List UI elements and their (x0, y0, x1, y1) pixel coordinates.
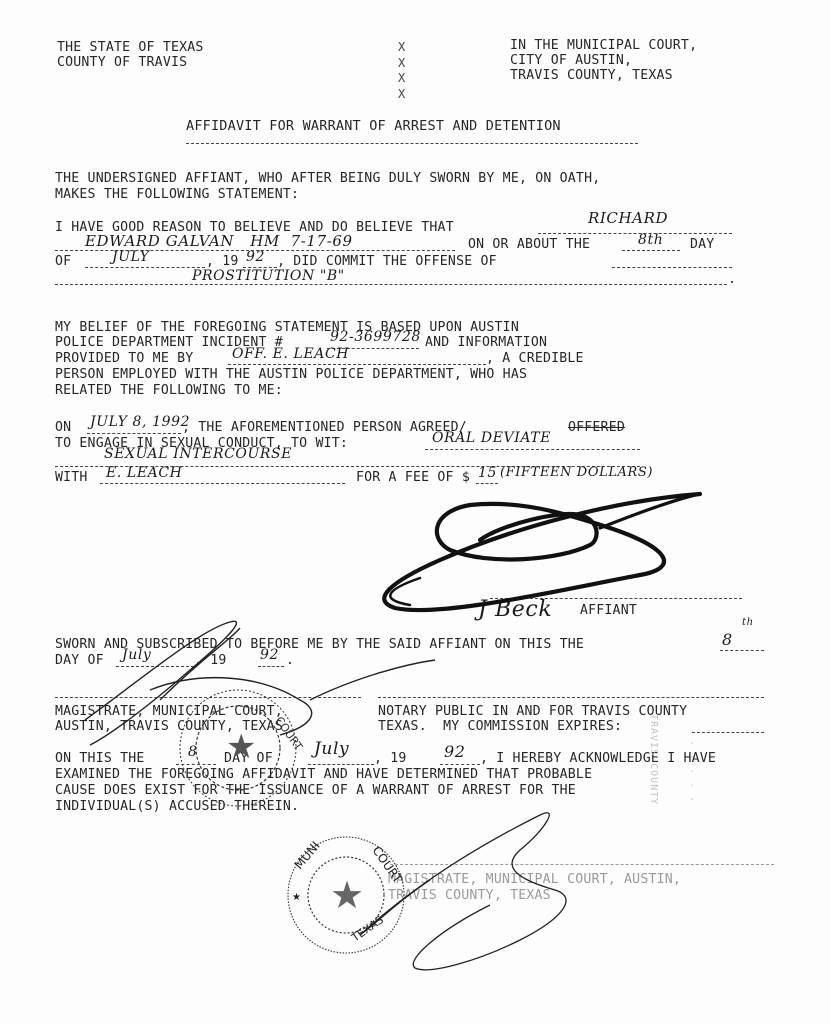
intro-line-1: THE UNDERSIGNED AFFIANT, WHO AFTER BEING… (55, 171, 600, 186)
conduct-type-2: SEXUAL INTERCOURSE (104, 446, 292, 462)
belief-line-3-prefix: PROVIDED TO ME BY (55, 351, 193, 366)
svg-text:★: ★ (292, 892, 301, 903)
sworn-year-prefix: , 19 (194, 653, 227, 668)
on-or-about-label: ON OR ABOUT THE (468, 237, 590, 252)
sworn-month-line (116, 666, 194, 667)
affiant-label: AFFIANT (580, 603, 637, 618)
header-separator-x: X (398, 87, 405, 101)
notary-line-1: NOTARY PUBLIC IN AND FOR TRAVIS COUNTY (378, 704, 687, 719)
notary-line-2: TEXAS. MY COMMISSION EXPIRES: (378, 719, 622, 734)
fee-line (476, 483, 498, 484)
sworn-month: July (122, 647, 151, 663)
document-title: AFFIDAVIT FOR WARRANT OF ARREST AND DETE… (186, 119, 561, 134)
sworn-year: 92 (260, 647, 279, 663)
pc-line-3: CAUSE DOES EXIST FOR THE ISSUANCE OF A W… (55, 783, 576, 798)
header-county: COUNTY OF TRAVIS (57, 55, 187, 70)
svg-text:★: ★ (330, 873, 364, 917)
commission-expires-line (692, 732, 764, 733)
with-label: WITH (55, 470, 88, 485)
fee-amount: 15 (478, 465, 497, 481)
affiant-signature-scrawl (384, 494, 700, 610)
sworn-line-2-prefix: DAY OF (55, 653, 104, 668)
affidavit-page: THE STATE OF TEXAS COUNTY OF TRAVIS X X … (0, 0, 831, 1024)
pc-year: 92 (444, 742, 466, 761)
signatures-and-seals: ★ COURT ★ MUNI COURT TEXAS ★ (0, 0, 831, 1024)
conduct-date: JULY 8, 1992 (90, 414, 190, 430)
final-magistrate-line-2: TRAVIS COUNTY, TEXAS (388, 888, 551, 903)
header-state: THE STATE OF TEXAS (57, 40, 204, 55)
faint-filing-stamp: · · · · · (686, 740, 697, 803)
pc-year-line (440, 764, 480, 765)
accused-name-rest: EDWARD GALVAN HM 7-17-69 (85, 232, 353, 250)
offense-year: 92 (246, 249, 265, 265)
notary-signature-line (378, 697, 764, 698)
svg-text:TEXAS: TEXAS (348, 913, 386, 945)
final-magistrate-line-1: MAGISTRATE, MUNICIPAL COURT, AUSTIN, (388, 872, 681, 887)
magistrate-signature-line (55, 697, 361, 698)
belief-line-5: RELATED THE FOLLOWING TO ME: (55, 383, 283, 398)
conduct-agreed-text: , THE AFOREMENTIONED PERSON AGREED/ (182, 420, 467, 435)
day-line (622, 250, 680, 251)
pc-prefix: ON THIS THE (55, 751, 145, 766)
sworn-day-suffix: th (742, 617, 754, 628)
day-label: DAY (690, 237, 714, 252)
pc-day: 8 (188, 744, 198, 760)
pc-day-label: DAY OF (224, 751, 273, 766)
intro-line-2: MAKES THE FOLLOWING STATEMENT: (55, 187, 299, 202)
conduct-line-a (425, 449, 640, 450)
offense-month: JULY (112, 249, 149, 265)
conduct-on-label: ON (55, 420, 71, 435)
informant-line (228, 364, 486, 365)
final-magistrate-line (390, 864, 774, 865)
sworn-day-line (720, 650, 764, 651)
pc-line-4: INDIVIDUAL(S) ACCUSED THEREIN. (55, 799, 299, 814)
month-line (85, 267, 205, 268)
conduct-type-1: ORAL DEVIATE (432, 430, 551, 446)
offense-line-2 (55, 284, 727, 285)
magistrate-line-1: MAGISTRATE, MUNICIPAL COURT, (55, 704, 283, 719)
header-city: CITY OF AUSTIN, (510, 53, 632, 68)
magistrate-line-2: AUSTIN, TRAVIS COUNTY, TEXAS (55, 719, 283, 734)
header-travis: TRAVIS COUNTY, TEXAS (510, 68, 673, 83)
header-separator-x: X (398, 56, 405, 70)
faint-filing-stamp: TRAVIS COUNTY (648, 714, 659, 805)
pc-month: July (314, 739, 349, 759)
pc-day-line (176, 764, 216, 765)
conduct-date-line (87, 433, 181, 434)
belief-line-3-suffix: , A CREDIBLE (486, 351, 584, 366)
fee-label: FOR A FEE OF $ (356, 470, 470, 485)
pc-year-prefix: , 19 (374, 751, 407, 766)
sworn-day: 8 (722, 630, 733, 649)
commit-text: , DID COMMIT THE OFFENSE OF (277, 254, 497, 269)
incident-number: 92-3699728 (330, 329, 421, 345)
header-separator-x: X (398, 40, 405, 54)
with-person: E. LEACH (106, 465, 182, 481)
belief-line-4: PERSON EMPLOYED WITH THE AUSTIN POLICE D… (55, 367, 527, 382)
fee-words: (FIFTEEN DOLLARS) (500, 465, 653, 480)
accused-name-line (538, 233, 732, 234)
belief-line-1: MY BELIEF OF THE FOREGOING STATEMENT IS … (55, 320, 519, 335)
header-separator-x: X (398, 71, 405, 85)
header-court: IN THE MUNICIPAL COURT, (510, 38, 697, 53)
pc-line-2: EXAMINED THE FOREGOING AFFIDAVIT AND HAV… (55, 767, 592, 782)
pc-month-line (308, 764, 374, 765)
svg-text:MUNI: MUNI (292, 839, 323, 872)
affiant-signature-name: J Beck (478, 597, 552, 622)
sworn-year-line (258, 666, 284, 667)
sworn-period: . (286, 653, 294, 668)
informant-name: OFF. E. LEACH (232, 346, 349, 362)
conduct-offered-struck: OFFERED (568, 420, 625, 435)
of-label: OF (55, 254, 71, 269)
offense-day: 8th (638, 232, 663, 248)
with-person-line (100, 483, 345, 484)
offense-line-1 (612, 267, 732, 268)
offense-name: PROSTITUTION "B" (192, 268, 345, 284)
pc-line-1-suffix: , I HEREBY ACKNOWLEDGE I HAVE (480, 751, 716, 766)
belief-line-2-suffix: AND INFORMATION (425, 335, 547, 350)
year-prefix: , 19 (206, 254, 239, 269)
offense-period: . (728, 272, 736, 287)
title-underline (186, 143, 638, 144)
accused-first-name: RICHARD (588, 209, 668, 227)
